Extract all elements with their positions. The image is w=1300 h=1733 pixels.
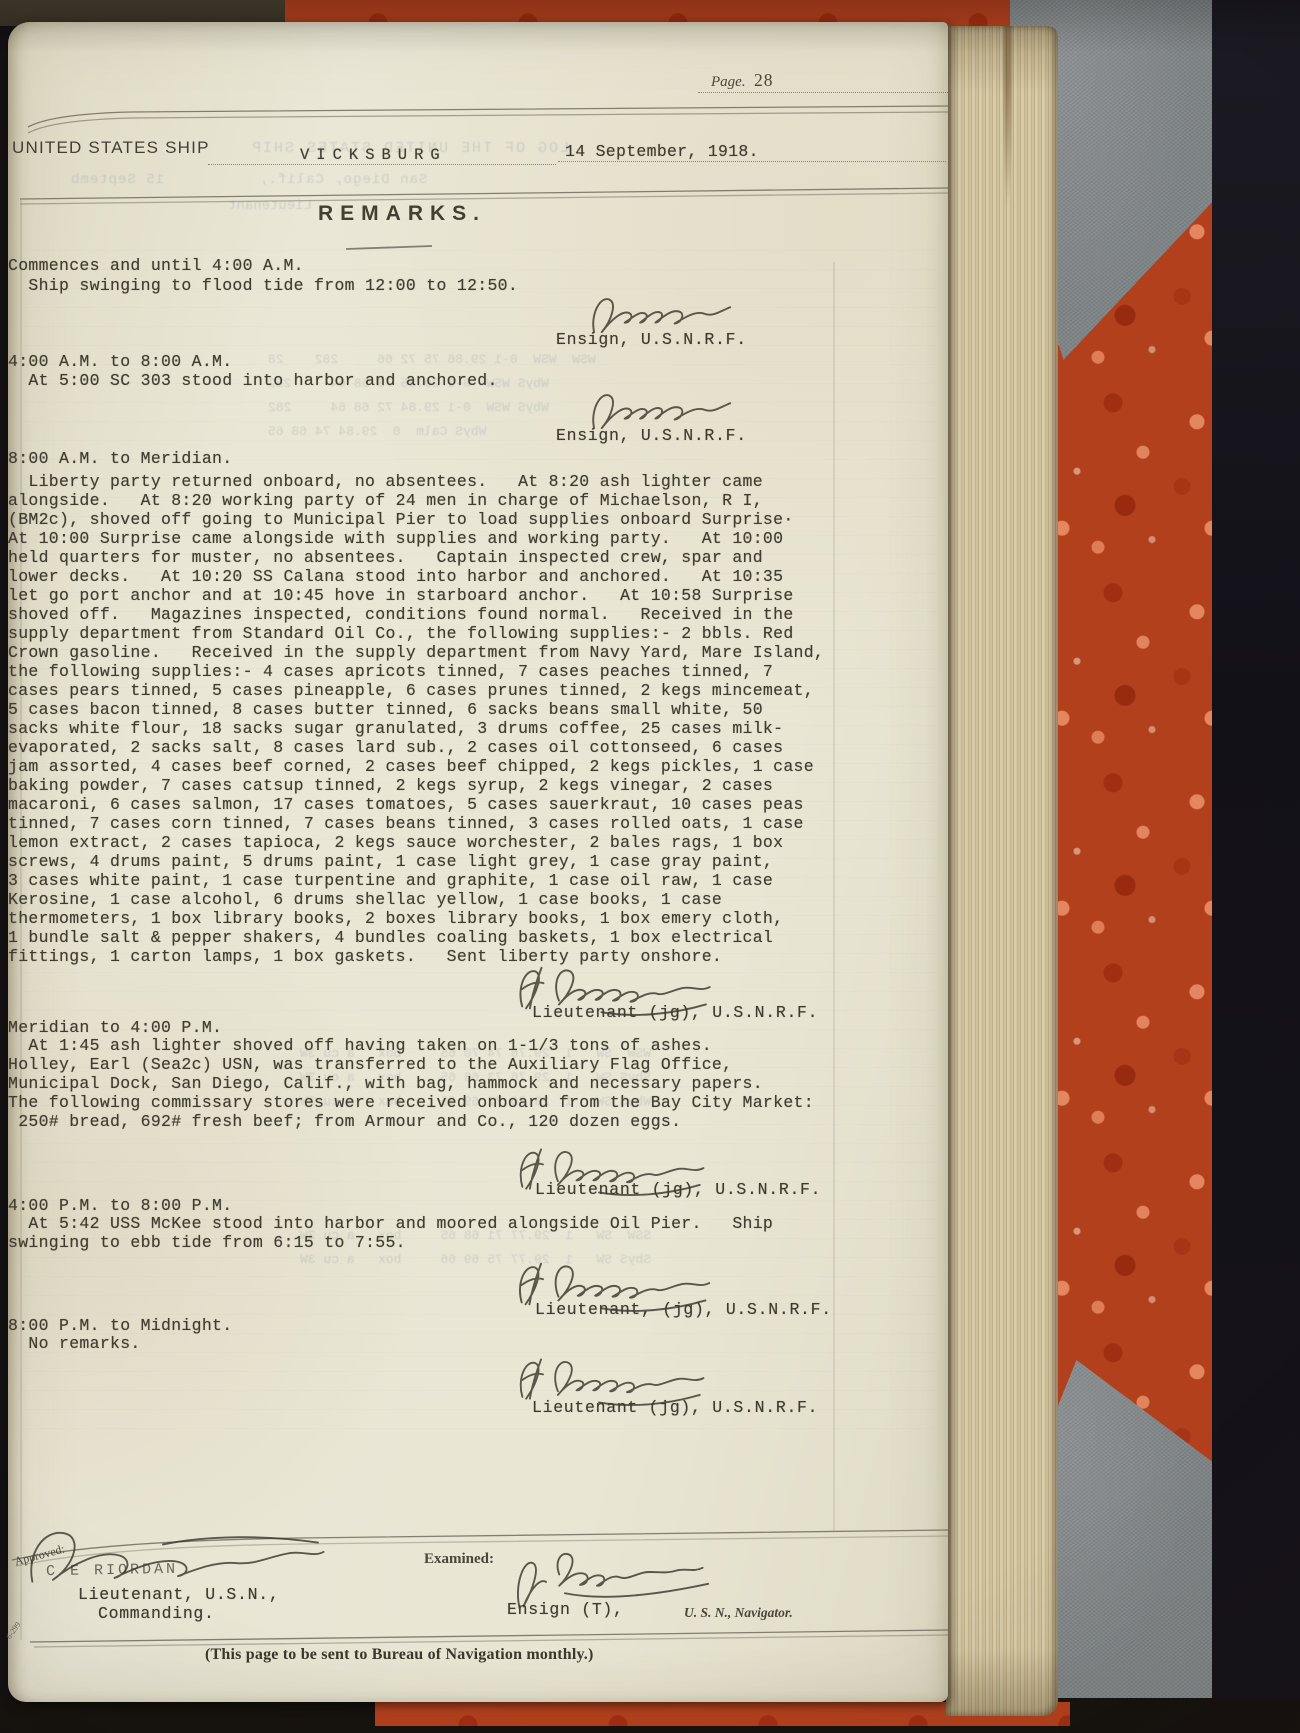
signer-rank: Lieutenant (jg), U.S.N.R.F. xyxy=(535,1180,821,1199)
entry-body: Liberty party returned onboard, no absen… xyxy=(8,472,824,966)
entry-heading: Meridian to 4:00 P.M. xyxy=(8,1018,222,1037)
entry-heading: 8:00 P.M. to Midnight. xyxy=(8,1316,232,1335)
ship-label: UNITED STATES SHIP xyxy=(12,138,210,158)
page-label: Page. xyxy=(711,74,746,91)
entry-body: At 5:42 USS McKee stood into harbor and … xyxy=(8,1214,773,1252)
logbook-photo: LOG OF THE UNITED STATES SHIP San Diego,… xyxy=(0,0,1300,1733)
signer-rank: Ensign, U.S.N.R.F. xyxy=(556,330,747,349)
entry-body: At 5:00 SC 303 stood into harbor and anc… xyxy=(8,371,498,390)
approved-title: Commanding. xyxy=(98,1604,215,1623)
entry-heading: 4:00 P.M. to 8:00 P.M. xyxy=(8,1196,232,1215)
remarks-title: REMARKS. xyxy=(318,202,486,226)
examined-label: Examined: xyxy=(424,1551,494,1568)
ship-name: VICKSBURG xyxy=(300,146,447,165)
footnote: (This page to be sent to Bureau of Navig… xyxy=(205,1646,594,1664)
signer-rank: Lieutenant, (jg), U.S.N.R.F. xyxy=(535,1300,832,1319)
entry-heading: 4:00 A.M. to 8:00 A.M. xyxy=(8,352,232,371)
signer-rank: Ensign, U.S.N.R.F. xyxy=(556,426,747,445)
signer-rank: Lieutenant (jg), U.S.N.R.F. xyxy=(532,1003,818,1022)
entry-body: Ship swinging to flood tide from 12:00 t… xyxy=(8,276,518,295)
entry-heading: Commences and until 4:00 A.M. xyxy=(8,256,304,275)
examined-title: U. S. N., Navigator. xyxy=(684,1605,793,1621)
page-number: 28 xyxy=(754,70,774,91)
entry-body: At 1:45 ash lighter shoved off having ta… xyxy=(8,1036,814,1131)
entry-heading: 8:00 A.M. to Meridian. xyxy=(8,449,232,468)
log-date: 14 September, 1918. xyxy=(565,142,759,161)
approved-rank: Lieutenant, U.S.N., xyxy=(78,1585,279,1604)
signer-rank: Lieutenant (jg), U.S.N.R.F. xyxy=(532,1398,818,1417)
examined-rank: Ensign (T), xyxy=(507,1600,624,1619)
entry-body: No remarks. xyxy=(8,1334,141,1353)
